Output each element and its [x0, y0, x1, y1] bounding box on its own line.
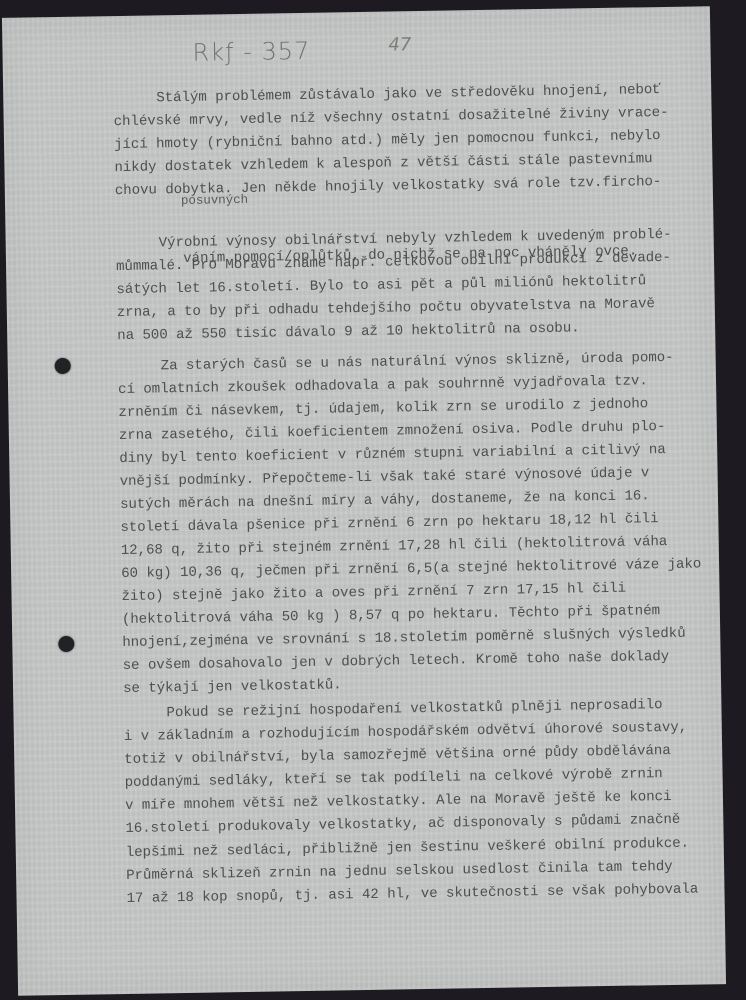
archive-signature-mark: Rkƒ - 357	[192, 37, 310, 67]
paragraph-2: Výrobní výnosy obilnářství nebyly vzhled…	[116, 223, 718, 348]
paragraph-3: Za starých časů se u nás naturální výnos…	[118, 346, 724, 702]
paragraph-1: Stálým problémem zůstávalo jako ve střed…	[113, 78, 715, 226]
document-page: Rkƒ - 357 47 Stálým problémem zůstávalo …	[2, 6, 726, 996]
paragraph-4: Pokud se režijní hospodaření velkostatků…	[123, 693, 726, 910]
punch-hole	[58, 636, 74, 652]
typewritten-text-body: Stálým problémem zůstávalo jako ve střed…	[113, 78, 727, 910]
punch-hole	[55, 358, 71, 374]
handwritten-page-number: 47	[388, 34, 411, 55]
interlinear-insertion: posuvných	[181, 189, 248, 213]
